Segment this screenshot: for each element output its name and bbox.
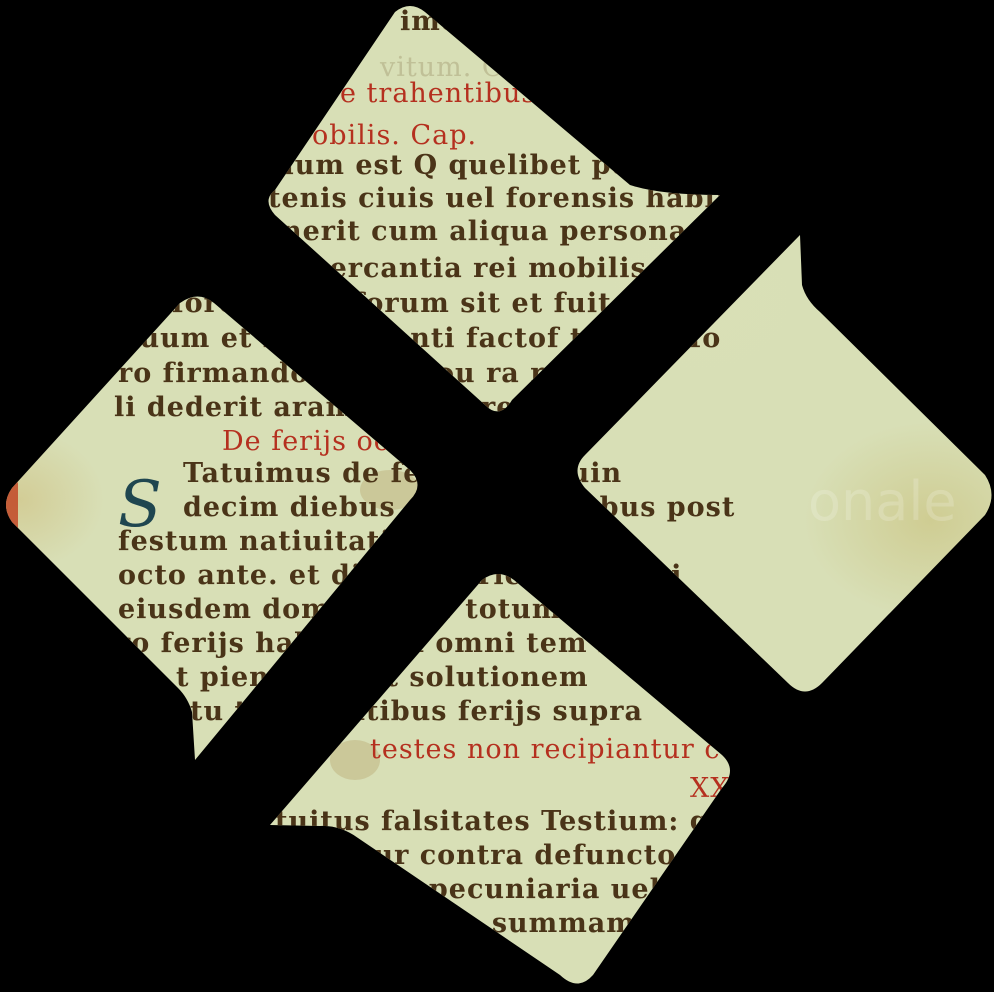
- manuscript-line: octo ante. et diebus ferie ectionis i: [118, 560, 682, 591]
- manuscript-line: obilis. Cap.: [312, 120, 477, 151]
- manuscript-line: XX: [690, 773, 730, 804]
- manuscript-line: tuum et firm umenti factof to ipso fo: [126, 323, 721, 354]
- red-margin-mark: [2, 480, 18, 540]
- watermark-text: onale: [808, 470, 957, 533]
- manuscript-line: ro firmando eiu ipitou ra re mobi: [118, 358, 654, 389]
- manuscript-line: a pecuniaria uel: [400, 874, 661, 905]
- manuscript-line: tium est Q quelibet persona u: [270, 150, 750, 181]
- manuscript-line: Tatuimus de fer ois: Q quin: [183, 458, 622, 489]
- manuscript-bubbles-logo: onale S imeta omvitum. Orobae trahentibu…: [0, 0, 994, 992]
- manuscript-line: li dederit aram fi oni predicti.: [114, 392, 598, 423]
- manuscript-line: e trahentibus forum c: [340, 78, 659, 109]
- manuscript-line: tu t obstantibus ferijs supra: [190, 696, 643, 727]
- manuscript-line: et foro nullio forum sit et fuit ri: [130, 288, 648, 319]
- manuscript-line: eiusdem domin e per totum Julij: [118, 594, 640, 625]
- parchment-texture: onale S imeta omvitum. Orobae trahentibu…: [0, 0, 994, 992]
- manuscript-line: fen summam r: [430, 908, 661, 939]
- manuscript-line: decim diebus an tuum diebus post: [183, 492, 735, 523]
- manuscript-line: ro ferijs hab tamen omni tem bet: [116, 628, 649, 659]
- manuscript-line: festum natiuitatis risti: diebus: [118, 526, 613, 557]
- manuscript-line: tuitus falsitates Testium: qui: [275, 806, 742, 837]
- manuscript-line: mercantia rei mobilis con: [300, 253, 714, 284]
- manuscript-line: testes non recipiantur contra: [370, 734, 799, 765]
- manuscript-line: De ferijs oc p. XXvij.: [222, 426, 522, 457]
- manuscript-line: imeta om: [400, 6, 550, 37]
- manuscript-line: t pien bois. et solutionem: [176, 662, 589, 693]
- manuscript-line: nerit cum aliqua persona f: [282, 216, 710, 247]
- manuscript-line: tenis ciuis uel forensis habitator: [268, 183, 795, 214]
- manuscript-line: tur contra defunctos.: [360, 840, 703, 871]
